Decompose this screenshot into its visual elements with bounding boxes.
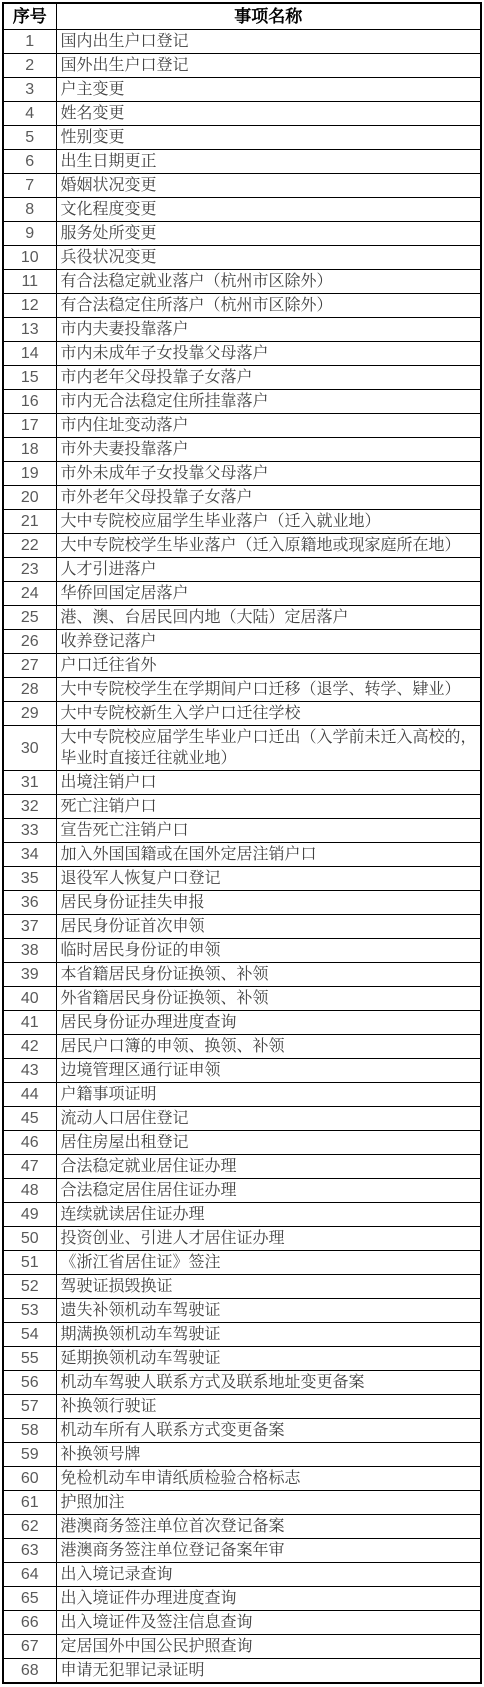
row-item-name: 婚姻状况变更 <box>56 174 481 198</box>
table-row: 53 遗失补领机动车驾驶证 <box>3 1299 481 1323</box>
table-row: 14 市内未成年子女投靠父母落户 <box>3 342 481 366</box>
row-index: 62 <box>3 1515 56 1539</box>
row-index: 19 <box>3 462 56 486</box>
row-item-name: 大中专院校应届学生毕业落户（迁入就业地） <box>56 510 481 534</box>
table-row: 39 本省籍居民身份证换领、补领 <box>3 963 481 987</box>
table-row: 62 港澳商务签注单位首次登记备案 <box>3 1515 481 1539</box>
row-item-name: 护照加注 <box>56 1491 481 1515</box>
row-item-name: 人才引进落户 <box>56 558 481 582</box>
row-item-name: 出生日期更正 <box>56 150 481 174</box>
row-index: 4 <box>3 102 56 126</box>
table-row: 37 居民身份证首次申领 <box>3 915 481 939</box>
row-item-name: 姓名变更 <box>56 102 481 126</box>
table-row: 13 市内夫妻投靠落户 <box>3 318 481 342</box>
row-index: 51 <box>3 1251 56 1275</box>
row-item-name: 服务处所变更 <box>56 222 481 246</box>
table-row: 38 临时居民身份证的申领 <box>3 939 481 963</box>
table-row: 64 出入境记录查询 <box>3 1563 481 1587</box>
row-index: 25 <box>3 606 56 630</box>
row-item-name: 大中专院校应届学生毕业户口迁出（入学前未迁入高校的，毕业时直接迁往就业地） <box>56 726 481 771</box>
table-row: 47 合法稳定就业居住证办理 <box>3 1155 481 1179</box>
table-row: 2 国外出生户口登记 <box>3 54 481 78</box>
row-item-name: 市外夫妻投靠落户 <box>56 438 481 462</box>
row-index: 63 <box>3 1539 56 1563</box>
table-row: 32 死亡注销户口 <box>3 795 481 819</box>
row-item-name: 出入境证件及签注信息查询 <box>56 1611 481 1635</box>
row-item-name: 大中专院校新生入学户口迁往学校 <box>56 702 481 726</box>
table-row: 52 驾驶证损毁换证 <box>3 1275 481 1299</box>
row-index: 14 <box>3 342 56 366</box>
table-row: 20 市外老年父母投靠子女落户 <box>3 486 481 510</box>
row-index: 50 <box>3 1227 56 1251</box>
table-row: 1 国内出生户口登记 <box>3 30 481 54</box>
table-row: 56 机动车驾驶人联系方式及联系地址变更备案 <box>3 1371 481 1395</box>
row-item-name: 大中专院校学生毕业落户（迁入原籍地或现家庭所在地） <box>56 534 481 558</box>
row-index: 5 <box>3 126 56 150</box>
table-row: 34 加入外国国籍或在国外定居注销户口 <box>3 843 481 867</box>
row-index: 13 <box>3 318 56 342</box>
table-row: 44 户籍事项证明 <box>3 1083 481 1107</box>
table-row: 40 外省籍居民身份证换领、补领 <box>3 987 481 1011</box>
row-item-name: 兵役状况变更 <box>56 246 481 270</box>
table-row: 49 连续就读居住证办理 <box>3 1203 481 1227</box>
row-index: 35 <box>3 867 56 891</box>
row-index: 30 <box>3 726 56 771</box>
table-row: 28 大中专院校学生在学期间户口迁移（退学、转学、肄业） <box>3 678 481 702</box>
row-item-name: 市外老年父母投靠子女落户 <box>56 486 481 510</box>
row-item-name: 收养登记落户 <box>56 630 481 654</box>
table-row: 22 大中专院校学生毕业落户（迁入原籍地或现家庭所在地） <box>3 534 481 558</box>
row-item-name: 出入境记录查询 <box>56 1563 481 1587</box>
row-index: 2 <box>3 54 56 78</box>
table-row: 36 居民身份证挂失申报 <box>3 891 481 915</box>
row-item-name: 遗失补领机动车驾驶证 <box>56 1299 481 1323</box>
table-row: 9 服务处所变更 <box>3 222 481 246</box>
table-row: 4 姓名变更 <box>3 102 481 126</box>
table-row: 30 大中专院校应届学生毕业户口迁出（入学前未迁入高校的，毕业时直接迁往就业地） <box>3 726 481 771</box>
row-item-name: 市内无合法稳定住所挂靠落户 <box>56 390 481 414</box>
row-index: 27 <box>3 654 56 678</box>
table-row: 31 出境注销户口 <box>3 771 481 795</box>
table-row: 43 边境管理区通行证申领 <box>3 1059 481 1083</box>
table-row: 67 定居国外中国公民护照查询 <box>3 1635 481 1659</box>
table-row: 59 补换领号牌 <box>3 1443 481 1467</box>
row-index: 46 <box>3 1131 56 1155</box>
row-item-name: 港澳商务签注单位首次登记备案 <box>56 1515 481 1539</box>
row-index: 26 <box>3 630 56 654</box>
row-item-name: 市外未成年子女投靠父母落户 <box>56 462 481 486</box>
table-body: 1 国内出生户口登记 2 国外出生户口登记 3 户主变更 4 姓名变更 5 性别… <box>3 30 481 1684</box>
row-item-name: 居民户口簿的申领、换领、补领 <box>56 1035 481 1059</box>
row-item-name: 期满换领机动车驾驶证 <box>56 1323 481 1347</box>
table-row: 58 机动车所有人联系方式变更备案 <box>3 1419 481 1443</box>
row-item-name: 补换领行驶证 <box>56 1395 481 1419</box>
row-index: 3 <box>3 78 56 102</box>
row-index: 36 <box>3 891 56 915</box>
row-item-name: 华侨回国定居落户 <box>56 582 481 606</box>
row-item-name: 本省籍居民身份证换领、补领 <box>56 963 481 987</box>
row-index: 60 <box>3 1467 56 1491</box>
row-item-name: 户主变更 <box>56 78 481 102</box>
row-index: 23 <box>3 558 56 582</box>
row-index: 40 <box>3 987 56 1011</box>
table-row: 15 市内老年父母投靠子女落户 <box>3 366 481 390</box>
table-row: 51 《浙江省居住证》签注 <box>3 1251 481 1275</box>
row-item-name: 性别变更 <box>56 126 481 150</box>
table-row: 27 户口迁往省外 <box>3 654 481 678</box>
table-row: 35 退役军人恢复户口登记 <box>3 867 481 891</box>
row-index: 54 <box>3 1323 56 1347</box>
row-item-name: 驾驶证损毁换证 <box>56 1275 481 1299</box>
row-item-name: 机动车所有人联系方式变更备案 <box>56 1419 481 1443</box>
row-item-name: 宣告死亡注销户口 <box>56 819 481 843</box>
table-row: 68 申请无犯罪记录证明 <box>3 1659 481 1684</box>
row-item-name: 市内未成年子女投靠父母落户 <box>56 342 481 366</box>
table-row: 61 护照加注 <box>3 1491 481 1515</box>
row-item-name: 《浙江省居住证》签注 <box>56 1251 481 1275</box>
table-row: 8 文化程度变更 <box>3 198 481 222</box>
row-index: 53 <box>3 1299 56 1323</box>
table-row: 7 婚姻状况变更 <box>3 174 481 198</box>
header-item-name-column: 事项名称 <box>56 3 481 30</box>
row-item-name: 居民身份证首次申领 <box>56 915 481 939</box>
row-item-name: 边境管理区通行证申领 <box>56 1059 481 1083</box>
row-item-name: 市内住址变动落户 <box>56 414 481 438</box>
row-index: 39 <box>3 963 56 987</box>
table-row: 55 延期换领机动车驾驶证 <box>3 1347 481 1371</box>
row-item-name: 补换领号牌 <box>56 1443 481 1467</box>
row-index: 32 <box>3 795 56 819</box>
row-index: 15 <box>3 366 56 390</box>
row-item-name: 死亡注销户口 <box>56 795 481 819</box>
row-item-name: 合法稳定居住居住证办理 <box>56 1179 481 1203</box>
row-index: 52 <box>3 1275 56 1299</box>
row-index: 6 <box>3 150 56 174</box>
table-row: 25 港、澳、台居民回内地（大陆）定居落户 <box>3 606 481 630</box>
row-index: 11 <box>3 270 56 294</box>
row-item-name: 市内老年父母投靠子女落户 <box>56 366 481 390</box>
row-index: 34 <box>3 843 56 867</box>
table-row: 26 收养登记落户 <box>3 630 481 654</box>
row-index: 55 <box>3 1347 56 1371</box>
row-index: 43 <box>3 1059 56 1083</box>
row-index: 28 <box>3 678 56 702</box>
row-index: 7 <box>3 174 56 198</box>
row-index: 22 <box>3 534 56 558</box>
row-item-name: 居民身份证挂失申报 <box>56 891 481 915</box>
row-item-name: 出境注销户口 <box>56 771 481 795</box>
row-index: 48 <box>3 1179 56 1203</box>
row-item-name: 外省籍居民身份证换领、补领 <box>56 987 481 1011</box>
row-item-name: 国外出生户口登记 <box>56 54 481 78</box>
table-row: 66 出入境证件及签注信息查询 <box>3 1611 481 1635</box>
row-index: 67 <box>3 1635 56 1659</box>
row-item-name: 居民身份证办理进度查询 <box>56 1011 481 1035</box>
row-item-name: 户籍事项证明 <box>56 1083 481 1107</box>
row-item-name: 出入境证件办理进度查询 <box>56 1587 481 1611</box>
row-index: 61 <box>3 1491 56 1515</box>
row-item-name: 大中专院校学生在学期间户口迁移（退学、转学、肄业） <box>56 678 481 702</box>
table-row: 12 有合法稳定住所落户（杭州市区除外） <box>3 294 481 318</box>
row-index: 59 <box>3 1443 56 1467</box>
table-row: 18 市外夫妻投靠落户 <box>3 438 481 462</box>
row-index: 24 <box>3 582 56 606</box>
table-row: 41 居民身份证办理进度查询 <box>3 1011 481 1035</box>
row-index: 45 <box>3 1107 56 1131</box>
table-row: 11 有合法稳定就业落户（杭州市区除外） <box>3 270 481 294</box>
row-item-name: 申请无犯罪记录证明 <box>56 1659 481 1684</box>
row-item-name: 延期换领机动车驾驶证 <box>56 1347 481 1371</box>
row-index: 33 <box>3 819 56 843</box>
row-index: 47 <box>3 1155 56 1179</box>
row-item-name: 退役军人恢复户口登记 <box>56 867 481 891</box>
row-item-name: 定居国外中国公民护照查询 <box>56 1635 481 1659</box>
row-index: 20 <box>3 486 56 510</box>
row-index: 44 <box>3 1083 56 1107</box>
row-index: 21 <box>3 510 56 534</box>
table-row: 60 免检机动车申请纸质检验合格标志 <box>3 1467 481 1491</box>
table-row: 42 居民户口簿的申领、换领、补领 <box>3 1035 481 1059</box>
table-row: 10 兵役状况变更 <box>3 246 481 270</box>
table-row: 6 出生日期更正 <box>3 150 481 174</box>
table-row: 54 期满换领机动车驾驶证 <box>3 1323 481 1347</box>
table-row: 48 合法稳定居住居住证办理 <box>3 1179 481 1203</box>
row-index: 64 <box>3 1563 56 1587</box>
service-items-table: 序号 事项名称 1 国内出生户口登记 2 国外出生户口登记 3 户主变更 4 姓… <box>2 2 482 1684</box>
row-index: 31 <box>3 771 56 795</box>
row-item-name: 流动人口居住登记 <box>56 1107 481 1131</box>
row-index: 29 <box>3 702 56 726</box>
row-item-name: 有合法稳定住所落户（杭州市区除外） <box>56 294 481 318</box>
row-item-name: 加入外国国籍或在国外定居注销户口 <box>56 843 481 867</box>
row-index: 49 <box>3 1203 56 1227</box>
row-index: 58 <box>3 1419 56 1443</box>
row-item-name: 居住房屋出租登记 <box>56 1131 481 1155</box>
row-item-name: 合法稳定就业居住证办理 <box>56 1155 481 1179</box>
row-item-name: 户口迁往省外 <box>56 654 481 678</box>
row-item-name: 连续就读居住证办理 <box>56 1203 481 1227</box>
table-row: 50 投资创业、引进人才居住证办理 <box>3 1227 481 1251</box>
row-index: 68 <box>3 1659 56 1684</box>
row-item-name: 国内出生户口登记 <box>56 30 481 54</box>
table-row: 45 流动人口居住登记 <box>3 1107 481 1131</box>
row-index: 66 <box>3 1611 56 1635</box>
row-item-name: 港、澳、台居民回内地（大陆）定居落户 <box>56 606 481 630</box>
table-row: 23 人才引进落户 <box>3 558 481 582</box>
row-index: 16 <box>3 390 56 414</box>
table-row: 16 市内无合法稳定住所挂靠落户 <box>3 390 481 414</box>
row-item-name: 文化程度变更 <box>56 198 481 222</box>
table-row: 29 大中专院校新生入学户口迁往学校 <box>3 702 481 726</box>
row-item-name: 临时居民身份证的申领 <box>56 939 481 963</box>
page: 序号 事项名称 1 国内出生户口登记 2 国外出生户口登记 3 户主变更 4 姓… <box>0 0 484 1686</box>
row-index: 8 <box>3 198 56 222</box>
row-index: 56 <box>3 1371 56 1395</box>
row-index: 10 <box>3 246 56 270</box>
row-index: 1 <box>3 30 56 54</box>
row-item-name: 有合法稳定就业落户（杭州市区除外） <box>56 270 481 294</box>
row-index: 42 <box>3 1035 56 1059</box>
table-row: 21 大中专院校应届学生毕业落户（迁入就业地） <box>3 510 481 534</box>
row-index: 12 <box>3 294 56 318</box>
row-index: 18 <box>3 438 56 462</box>
table-row: 17 市内住址变动落户 <box>3 414 481 438</box>
row-index: 65 <box>3 1587 56 1611</box>
row-index: 41 <box>3 1011 56 1035</box>
table-row: 5 性别变更 <box>3 126 481 150</box>
row-item-name: 机动车驾驶人联系方式及联系地址变更备案 <box>56 1371 481 1395</box>
table-row: 63 港澳商务签注单位登记备案年审 <box>3 1539 481 1563</box>
row-index: 9 <box>3 222 56 246</box>
table-row: 19 市外未成年子女投靠父母落户 <box>3 462 481 486</box>
table-header-row: 序号 事项名称 <box>3 3 481 30</box>
row-index: 38 <box>3 939 56 963</box>
row-item-name: 港澳商务签注单位登记备案年审 <box>56 1539 481 1563</box>
table-row: 3 户主变更 <box>3 78 481 102</box>
table-row: 33 宣告死亡注销户口 <box>3 819 481 843</box>
table-row: 65 出入境证件办理进度查询 <box>3 1587 481 1611</box>
row-index: 37 <box>3 915 56 939</box>
row-item-name: 投资创业、引进人才居住证办理 <box>56 1227 481 1251</box>
row-item-name: 市内夫妻投靠落户 <box>56 318 481 342</box>
table-row: 46 居住房屋出租登记 <box>3 1131 481 1155</box>
row-item-name: 免检机动车申请纸质检验合格标志 <box>56 1467 481 1491</box>
row-index: 17 <box>3 414 56 438</box>
header-index-column: 序号 <box>3 3 56 30</box>
table-row: 24 华侨回国定居落户 <box>3 582 481 606</box>
table-row: 57 补换领行驶证 <box>3 1395 481 1419</box>
row-index: 57 <box>3 1395 56 1419</box>
